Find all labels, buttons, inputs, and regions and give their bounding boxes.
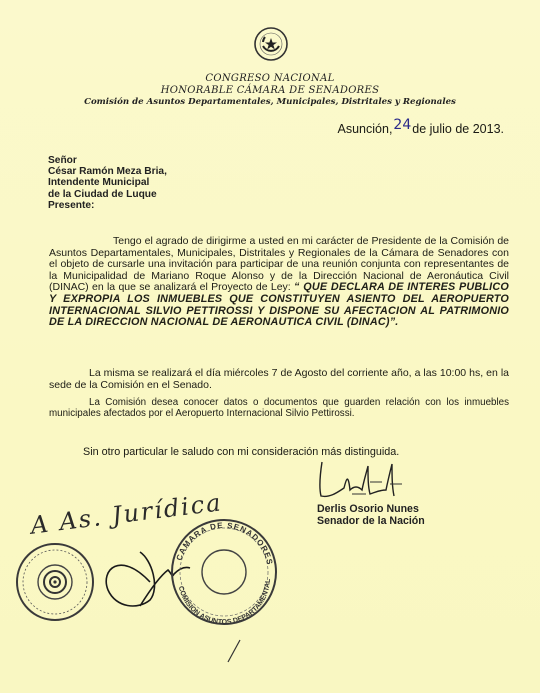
signatory-title: Senador de la Nación (317, 515, 425, 527)
svg-text:CAMARA DE SENADORES: CAMARA DE SENADORES (175, 521, 275, 566)
date-day-handwritten: 24 (393, 117, 411, 133)
senate-commission-stamp-icon: CAMARA DE SENADORES COMISION ASUNTOS DEP… (0, 490, 283, 631)
recipient-salutation: Señor (48, 155, 167, 166)
paragraph-meeting-date: La misma se realizará el día miércoles 7… (49, 368, 509, 391)
paragraph-documents-request: La Comisión desea conocer datos o docume… (49, 397, 509, 419)
recipient-block: Señor César Ramón Meza Bria, Intendente … (48, 155, 167, 211)
recipient-name: César Ramón Meza Bria, (48, 166, 167, 177)
coat-of-arms-seal-icon (253, 26, 289, 62)
date-suffix: de julio de 2013. (412, 122, 504, 136)
municipality-stamp-icon (17, 544, 93, 620)
handwritten-signature-icon (310, 460, 430, 506)
header-senate: HONORABLE CÁMARA DE SENADORES (0, 85, 540, 96)
paragraph-documents-request-text: La Comisión desea conocer datos o docume… (49, 397, 509, 419)
signatory-block: Derlis Osorio Nunes Senador de la Nación (317, 503, 425, 527)
header-commission: Comisión de Asuntos Departamentales, Mun… (0, 97, 540, 107)
closing-line: Sin otro particular le saludo con mi con… (83, 446, 399, 458)
official-stamps: CAMARA DE SENADORES COMISION ASUNTOS DEP… (0, 490, 300, 690)
letter-date: Asunción,24de julio de 2013. (338, 121, 504, 137)
date-prefix: Asunción, (338, 122, 393, 136)
signatory-name: Derlis Osorio Nunes (317, 503, 425, 515)
paragraph-invitation: Tengo el agrado de dirigirme a usted en … (49, 236, 509, 329)
letter-page: CONGRESO NACIONAL HONORABLE CÁMARA DE SE… (0, 0, 540, 693)
paragraph-meeting-date-text: La misma se realizará el día miércoles 7… (49, 367, 509, 391)
recipient-position: Intendente Municipal (48, 177, 167, 188)
recipient-city: de la Ciudad de Luque (48, 189, 167, 200)
header-congress: CONGRESO NACIONAL (0, 73, 540, 84)
recipient-presente: Presente: (48, 200, 167, 211)
